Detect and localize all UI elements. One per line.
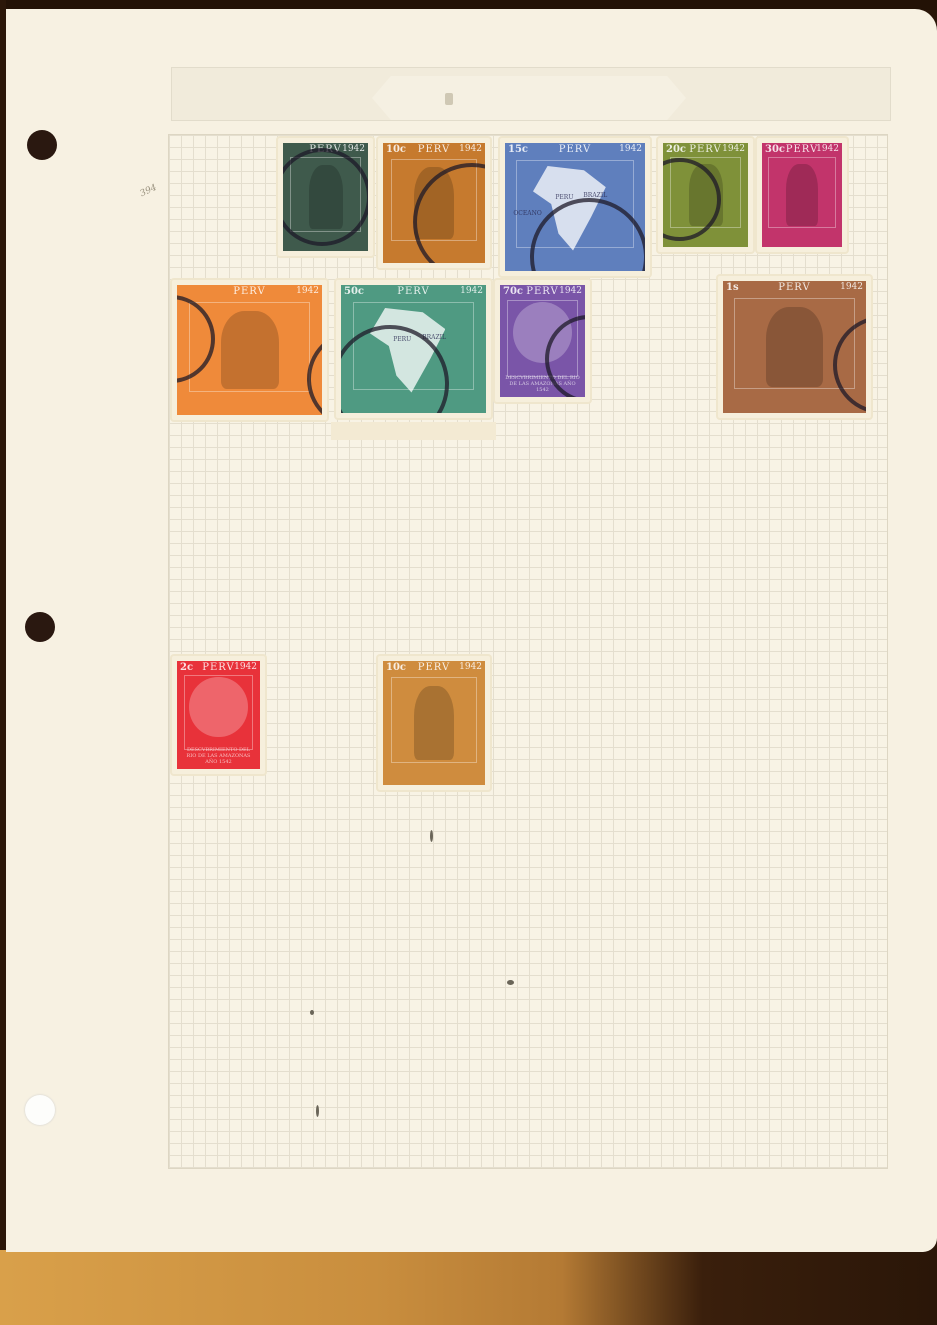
stamp-s11: 10c PERV 1942 [378, 656, 490, 790]
stamp-year: 1942 [342, 144, 365, 154]
header-title-plate [372, 76, 686, 120]
stamp-year: 1942 [459, 144, 482, 154]
stamp-year: 1942 [840, 282, 863, 292]
stamp-design: 2c PERV 1942 DESCVBRIMIENTO DEL RIO DE L… [177, 661, 260, 769]
stamp-year: 1942 [816, 144, 839, 154]
stamp-figure [221, 311, 279, 389]
stamp-year: 1942 [559, 286, 582, 296]
binder-hole-top [27, 130, 57, 160]
stamp-year: 1942 [296, 286, 319, 296]
stamp-s1: PERV 1942 [278, 138, 373, 256]
stamp-design: 15c PERV 1942 PERUBRAZILOCEANO [505, 143, 645, 271]
stamp-inscription: DESCVBRIMIENTO DEL RIO DE LAS AMAZONAS A… [182, 747, 255, 765]
stamp-design: 10c PERV 1942 [383, 661, 485, 785]
stamp-design: 30c PERV 1942 [762, 143, 842, 247]
stamp-design: PERV 1942 [283, 143, 368, 251]
stamp-figure [414, 686, 455, 760]
speck [430, 830, 433, 842]
page-header-box [171, 67, 891, 121]
stamp-s4: 20c PERV 1942 [658, 138, 753, 252]
binder-hole-middle [25, 612, 55, 642]
stamp-figure [786, 164, 818, 226]
stamp-s3: 15c PERV 1942 PERUBRAZILOCEANO [500, 138, 650, 276]
stamp-year: 1942 [722, 144, 745, 154]
stamp-s6: PERV 1942 [172, 280, 327, 420]
speck [445, 93, 453, 105]
stamp-design: 10c PERV 1942 [383, 143, 485, 263]
speck [316, 1105, 319, 1117]
stamp-design: 20c PERV 1942 [663, 143, 748, 247]
sheet-selvedge [331, 422, 496, 440]
stamp-year: 1942 [460, 286, 483, 296]
map-label: OCEANO [513, 210, 541, 217]
stamp-year: 1942 [619, 144, 642, 154]
stamp-s10: 2c PERV 1942 DESCVBRIMIENTO DEL RIO DE L… [172, 656, 265, 774]
stamp-design: 1s PERV 1942 [723, 281, 866, 413]
stamp-s7: 50c PERV 1942 PERUBRAZIL [336, 280, 491, 418]
stamp-year: 1942 [459, 662, 482, 672]
stamp-s8: 70c PERV 1942 DESCVBRIMIENTO DEL RIO DE … [495, 280, 590, 402]
stamp-s5: 30c PERV 1942 [757, 138, 847, 252]
stamp-year: 1942 [234, 662, 257, 672]
stamp-figure [766, 307, 823, 386]
speck [310, 1010, 314, 1015]
binder-hole-bottom [25, 1095, 55, 1125]
stamp-s9: 1s PERV 1942 [718, 276, 871, 418]
postmark [283, 148, 368, 246]
stamp-design: 50c PERV 1942 PERUBRAZIL [341, 285, 486, 413]
pencil-note: 394 [139, 183, 159, 199]
stamp-design: PERV 1942 [177, 285, 322, 415]
speck [507, 980, 514, 985]
stamp-s2: 10c PERV 1942 [378, 138, 490, 268]
medallion-portrait [189, 677, 247, 736]
stamp-design: 70c PERV 1942 DESCVBRIMIENTO DEL RIO DE … [500, 285, 585, 397]
